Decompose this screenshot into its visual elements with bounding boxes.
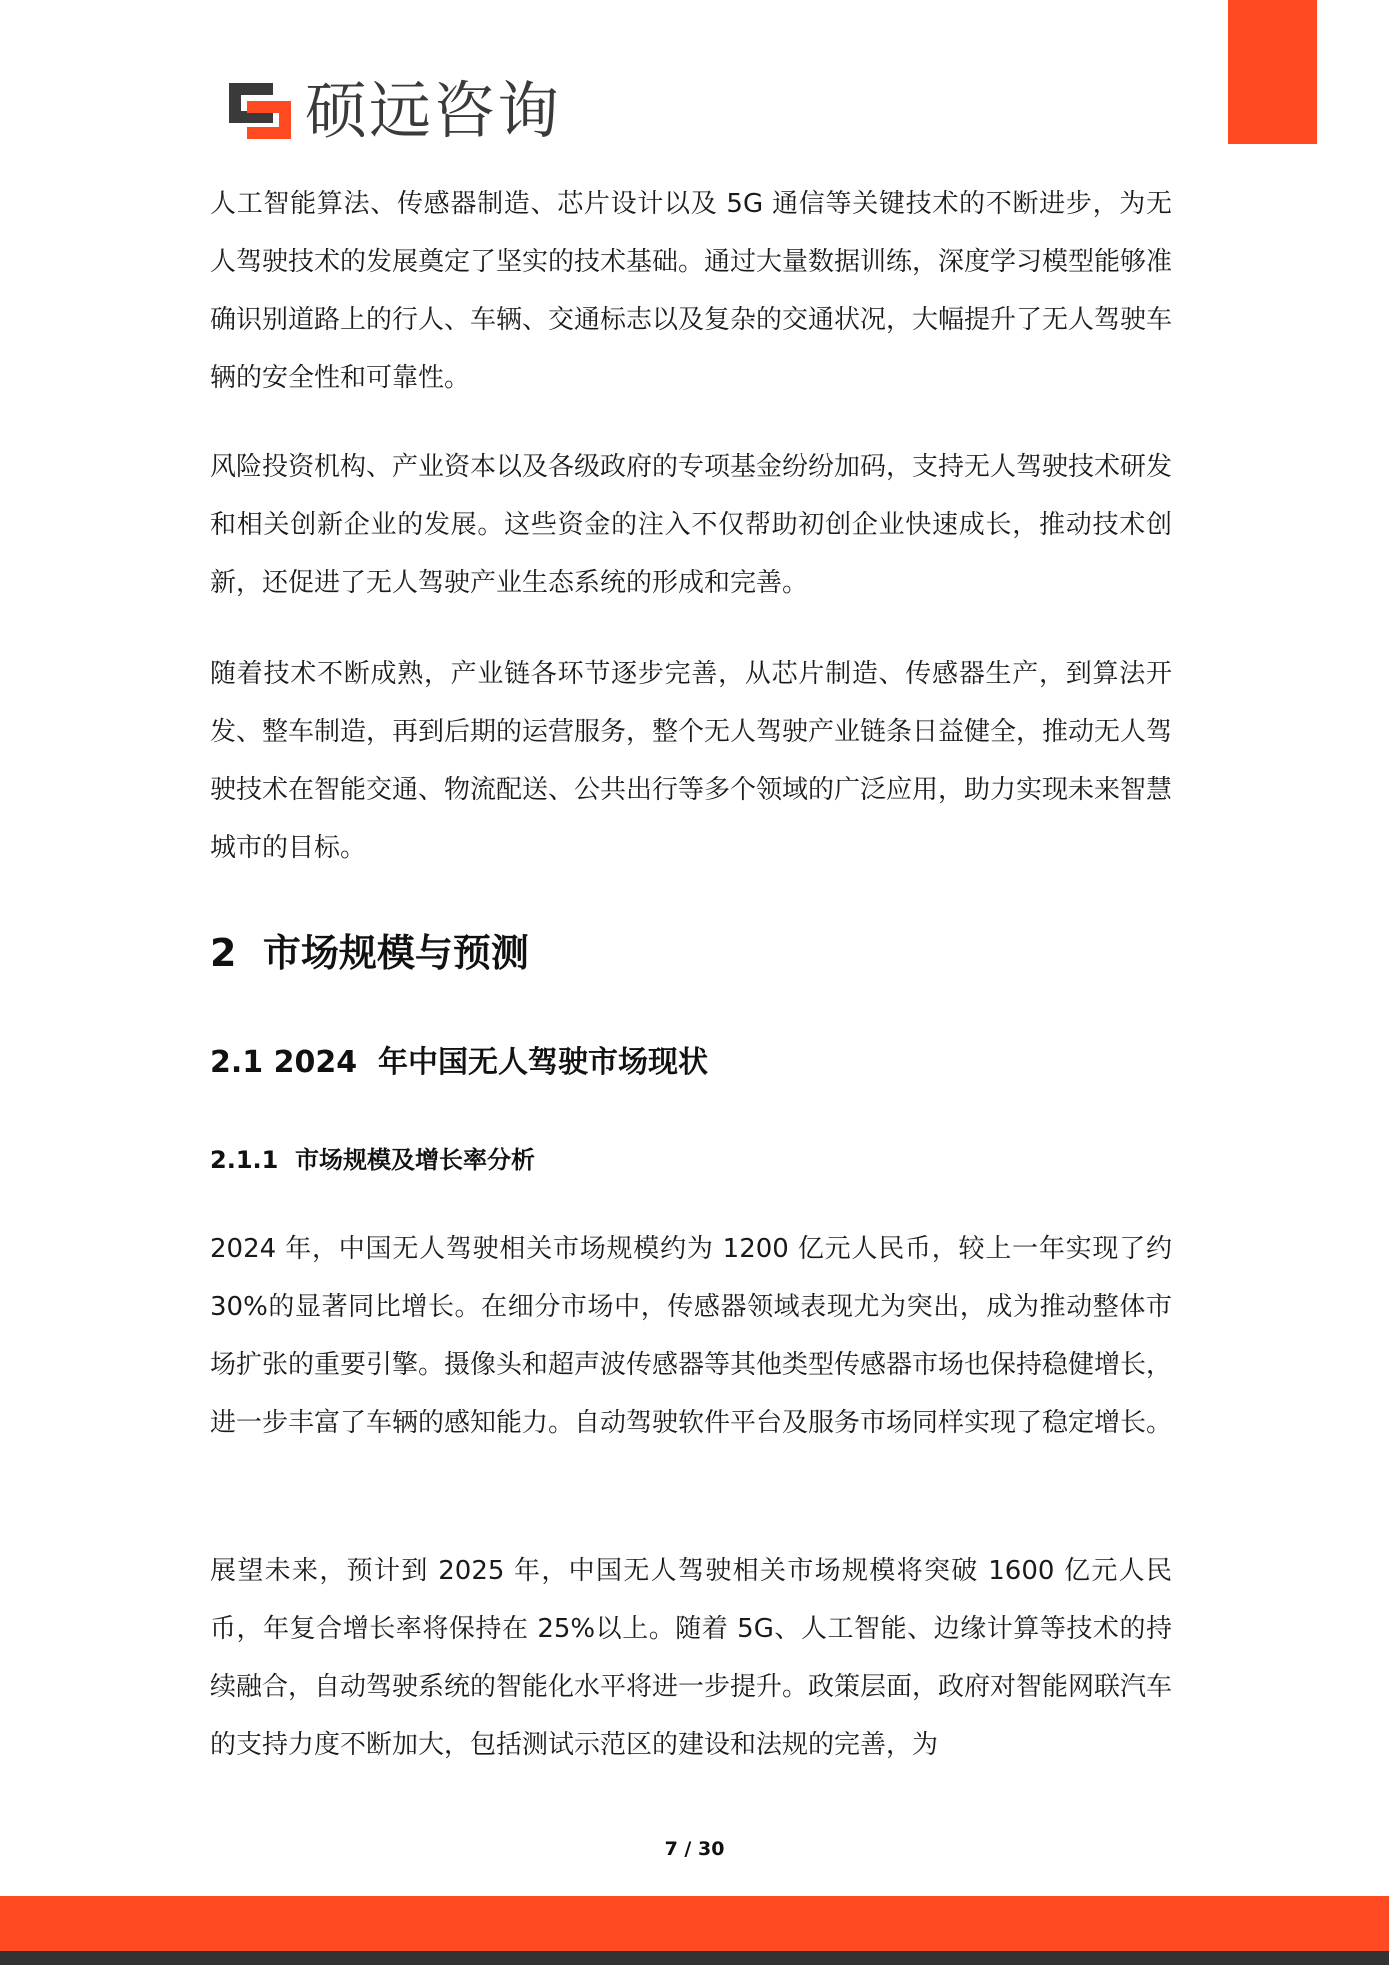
paragraph: 随着技术不断成熟，产业链各环节逐步完善，从芯片制造、传感器生产，到算法开发、整车… [210, 645, 1172, 877]
paragraph: 风险投资机构、产业资本以及各级政府的专项基金纷纷加码，支持无人驾驶技术研发和相关… [210, 438, 1172, 612]
section-heading-block: 2 市场规模与预测 [210, 928, 1172, 978]
page-number: 7 / 30 [0, 1836, 1389, 1862]
footer-base-band [0, 1951, 1389, 1965]
brand-name: 硕远咨询 [305, 74, 561, 148]
brand-logo: 硕远咨询 [227, 74, 561, 148]
intro-paragraph-2: 风险投资机构、产业资本以及各级政府的专项基金纷纷加码，支持无人驾驶技术研发和相关… [210, 438, 1172, 612]
subsection-heading: 2.1 2024 年中国无人驾驶市场现状 [210, 1042, 1172, 1084]
section-heading: 2 市场规模与预测 [210, 928, 1172, 978]
logo-mark-icon [227, 81, 293, 141]
paragraph: 展望未来，预计到 2025 年，中国无人驾驶相关市场规模将突破 1600 亿元人… [210, 1542, 1172, 1774]
subsection-heading-block: 2.1 2024 年中国无人驾驶市场现状 [210, 1042, 1172, 1084]
subsubsection-heading: 2.1.1 市场规模及增长率分析 [210, 1143, 1172, 1177]
paragraph: 2024 年，中国无人驾驶相关市场规模约为 1200 亿元人民币，较上一年实现了… [210, 1220, 1172, 1452]
intro-paragraph-1: 人工智能算法、传感器制造、芯片设计以及 5G 通信等关键技术的不断进步，为无人驾… [210, 175, 1172, 407]
subsubsection-heading-block: 2.1.1 市场规模及增长率分析 [210, 1143, 1172, 1177]
intro-paragraph-3: 随着技术不断成熟，产业链各环节逐步完善，从芯片制造、传感器生产，到算法开发、整车… [210, 645, 1172, 877]
section-paragraph-2: 展望未来，预计到 2025 年，中国无人驾驶相关市场规模将突破 1600 亿元人… [210, 1542, 1172, 1774]
paragraph: 人工智能算法、传感器制造、芯片设计以及 5G 通信等关键技术的不断进步，为无人驾… [210, 175, 1172, 407]
section-paragraph-1: 2024 年，中国无人驾驶相关市场规模约为 1200 亿元人民币，较上一年实现了… [210, 1220, 1172, 1452]
footer-accent-band [0, 1896, 1389, 1951]
corner-accent-block [1228, 0, 1317, 144]
